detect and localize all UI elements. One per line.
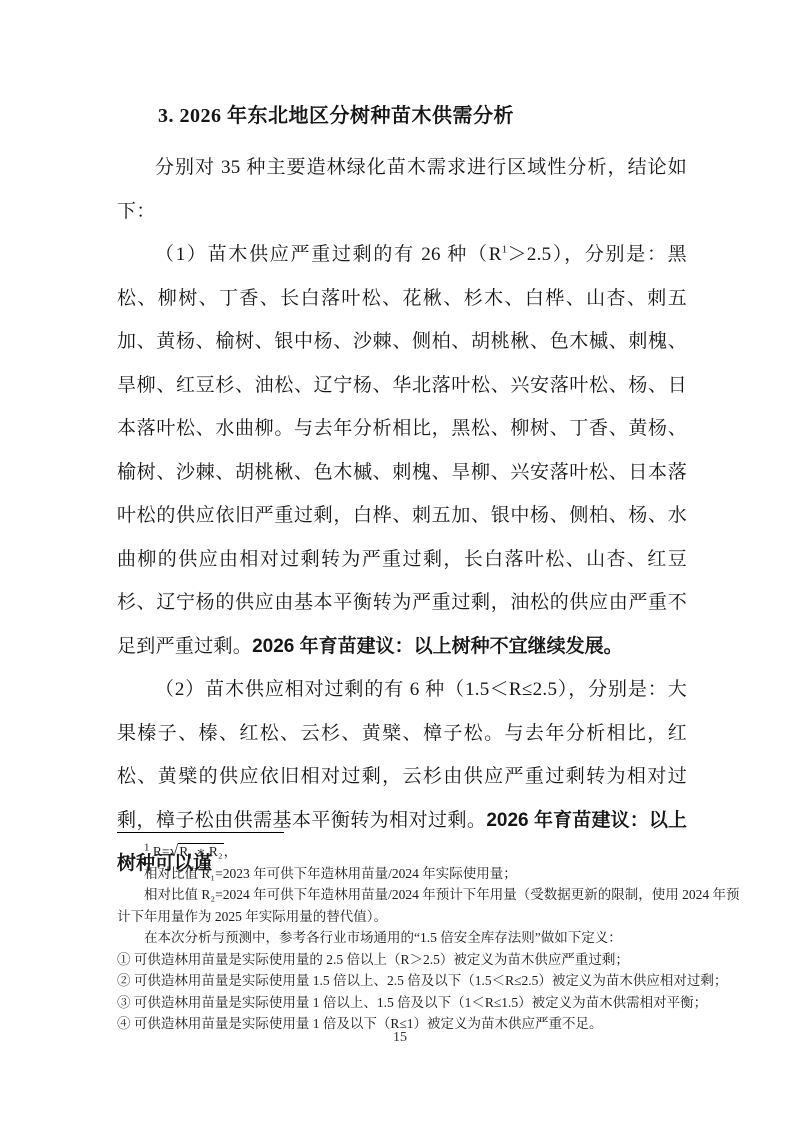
paragraph-intro-text: 分别对 35 种主要造林绿化苗木需求进行区域性分析，结论如下：: [117, 157, 687, 222]
formula-tail: ，: [224, 844, 238, 859]
footnote-section: 1 R=√R₁ ∗ R₂， 相对比值 R₁=2023 年可供下年造林用苗量/20…: [117, 832, 727, 1035]
footnote-line: 计下年用量作为 2025 年实际用量的替代值）。: [117, 906, 727, 928]
footnote-line: ② 可供造林用苗量是实际使用量 1.5 倍以上、2.5 倍及以下（1.5＜R≤2…: [117, 970, 727, 992]
footnote-line: ③ 可供造林用苗量是实际使用量 1 倍以上、1.5 倍及以下（1＜R≤1.5）被…: [117, 992, 727, 1014]
footnote-marker: 1: [144, 842, 150, 854]
radical-sign: √: [170, 843, 179, 860]
footnote-line: 相对比值 R₂=2024 年可供下年造林用苗量/2024 年预计下年用量（受数据…: [117, 884, 727, 906]
section-heading: 3. 2026 年东北地区分树种苗木供需分析: [117, 100, 687, 132]
document-page: 3. 2026 年东北地区分树种苗木供需分析 分别对 35 种主要造林绿化苗木需…: [0, 0, 800, 1131]
paragraph-text: （1）苗木供应严重过剩的有 26 种（R: [155, 244, 502, 265]
page-body-content: 3. 2026 年东北地区分树种苗木供需分析 分别对 35 种主要造林绿化苗木需…: [117, 100, 687, 886]
paragraph-text: ＞2.5），分别是：黑松、柳树、丁香、长白落叶松、花楸、杉木、白桦、山杏、刺五加…: [117, 244, 687, 657]
paragraph-text: （2）苗木供应相对过剩的有 6 种（1.5＜R≤2.5），分别是：大果榛子、榛、…: [117, 679, 687, 831]
footnote-separator: [117, 832, 284, 833]
formula-radicand: R₁ ∗ R₂: [178, 843, 223, 859]
footnote-line: 相对比值 R₁=2023 年可供下年造林用苗量/2024 年实际使用量；: [117, 863, 727, 885]
advice-bold-text: 2026 年育苗建议：以上树种不宜继续发展。: [252, 636, 623, 657]
paragraph-severe-oversupply: （1）苗木供应严重过剩的有 26 种（R1＞2.5），分别是：黑松、柳树、丁香、…: [117, 233, 687, 668]
formula-lhs: R=: [153, 844, 170, 859]
paragraph-intro: 分别对 35 种主要造林绿化苗木需求进行区域性分析，结论如下：: [117, 146, 687, 233]
footnote-line: ① 可供造林用苗量是实际使用量的 2.5 倍以上（R＞2.5）被定义为苗木供应严…: [117, 949, 727, 971]
page-number: 15: [0, 1030, 800, 1046]
footnote-formula: 1 R=√R₁ ∗ R₂，: [117, 841, 727, 863]
footnote-line: 在本次分析与预测中，参考各行业市场通用的“1.5 倍安全库存法则”做如下定义：: [117, 927, 727, 949]
